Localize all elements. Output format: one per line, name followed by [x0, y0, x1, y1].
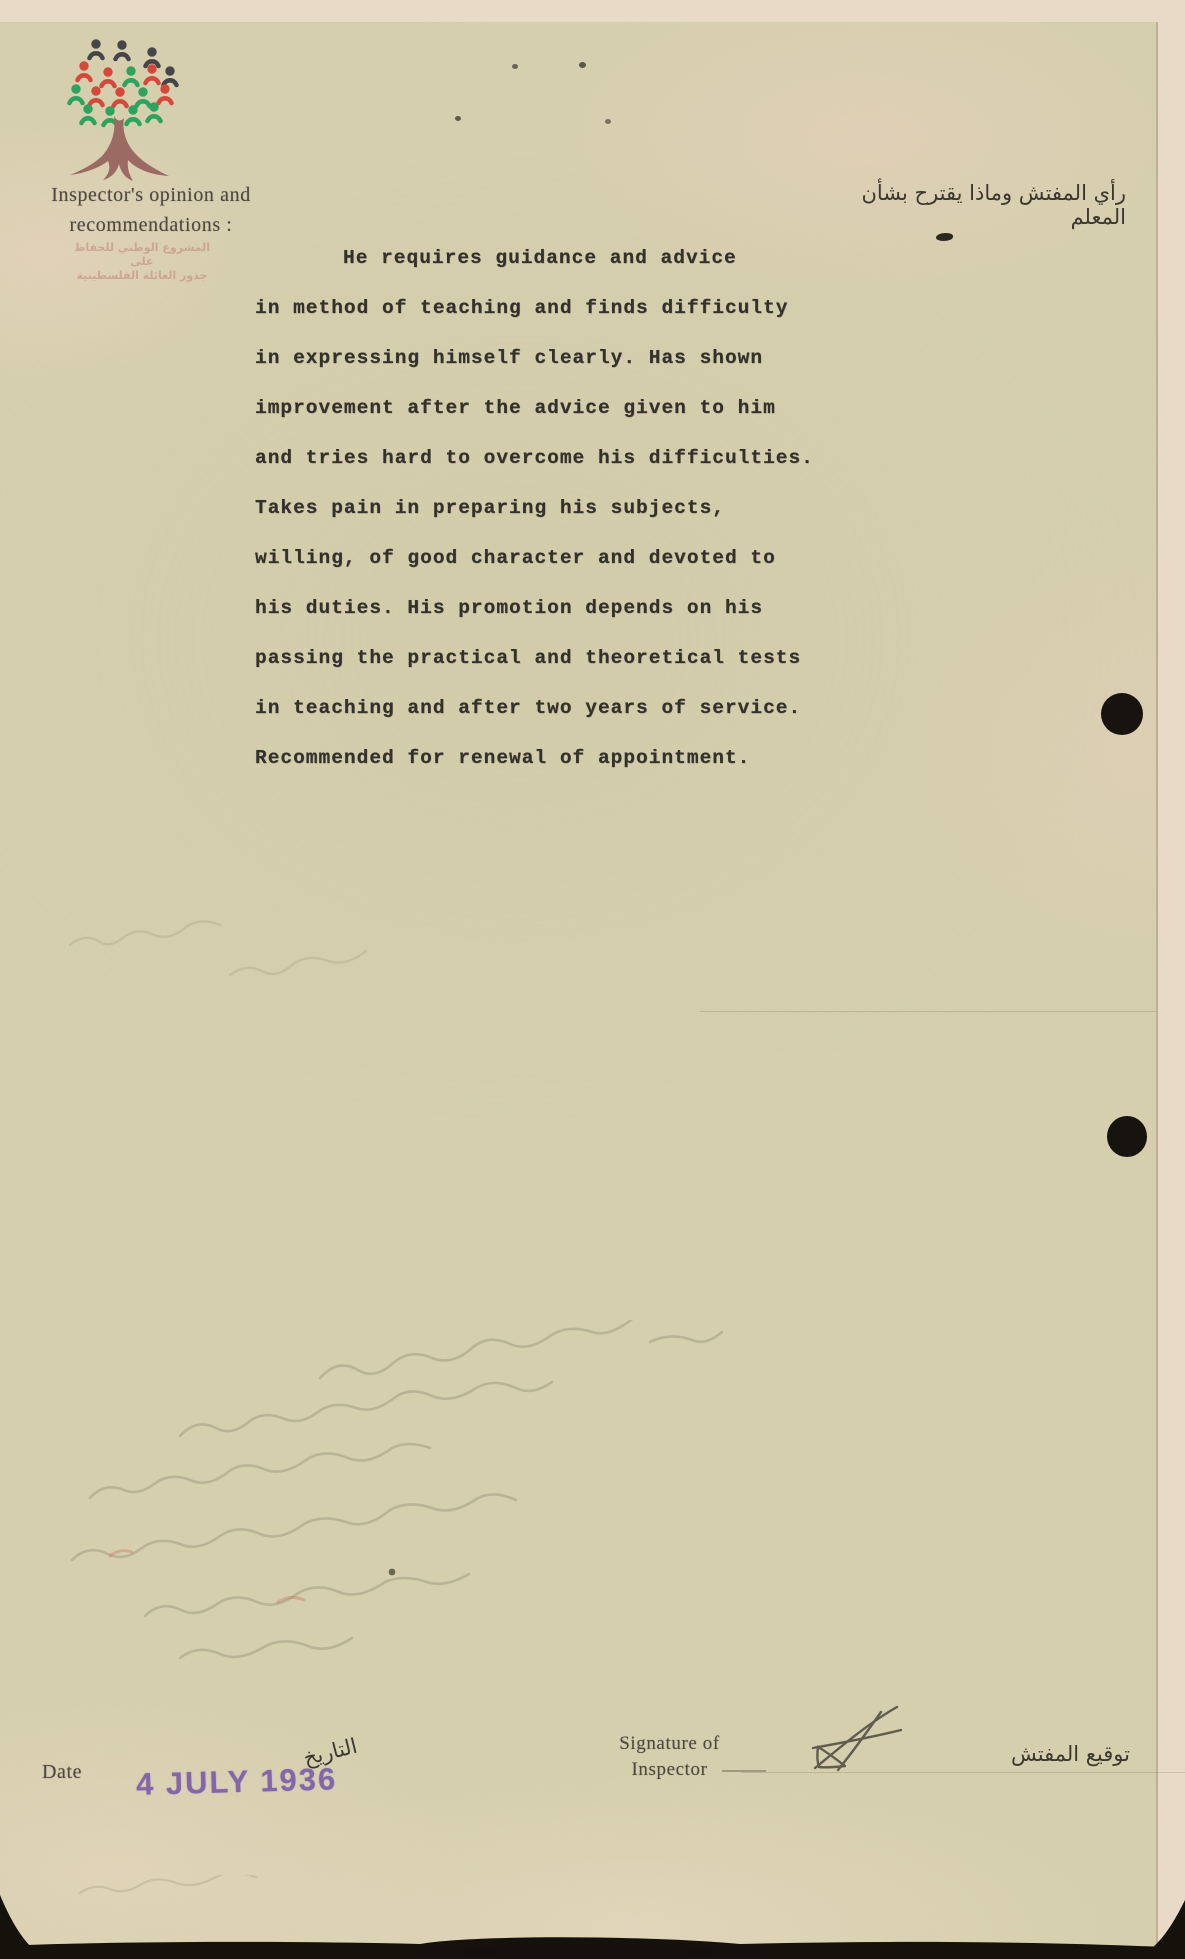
scan-bottom-edge — [0, 1880, 1185, 1959]
typed-line: and tries hard to overcome his difficult… — [255, 433, 830, 483]
archive-watermark: المشروع الوطني للحفاظ على جذور العائلة ا… — [62, 241, 222, 283]
inspector-opinion-label-line2: recommendations : — [40, 210, 262, 240]
tree-trunk — [70, 116, 169, 181]
ink-speck — [579, 62, 586, 68]
tree-canopy-people — [70, 40, 177, 125]
paper-crease — [700, 1011, 1156, 1012]
scanned-document-page: Inspector's opinion and recommendations … — [0, 0, 1185, 1959]
faint-handwriting-upper — [40, 905, 460, 1005]
typed-report-text: He requires guidance and advice in metho… — [255, 233, 830, 783]
typed-line: improvement after the advice given to hi… — [255, 383, 830, 433]
typed-line: willing, of good character and devoted t… — [255, 533, 830, 583]
archive-watermark-line2: جذور العائلة الفلسطينية — [62, 269, 222, 283]
typed-line: Takes pain in preparing his subjects, — [255, 483, 830, 533]
signature-rule — [722, 1770, 766, 1772]
handwritten-signature-mark — [805, 1698, 910, 1783]
typed-line: in expressing himself clearly. Has shown — [255, 333, 830, 383]
arabic-heading: رأي المفتش وماذا يقترح بشأن المعلم — [838, 181, 1126, 229]
signature-label: Signature of Inspector — [592, 1731, 747, 1783]
date-label: Date — [42, 1761, 82, 1784]
ink-speck — [605, 119, 611, 124]
typed-line: He requires guidance and advice — [255, 233, 830, 283]
ink-speck — [455, 116, 461, 121]
family-tree-logo-icon — [58, 28, 188, 188]
typed-line: in teaching and after two years of servi… — [255, 683, 830, 733]
signature-label-arabic: توقيع المفتش — [995, 1742, 1130, 1766]
typed-line: in method of teaching and finds difficul… — [255, 283, 830, 333]
signature-label-line1: Signature of — [592, 1731, 747, 1757]
archive-watermark-line1: المشروع الوطني للحفاظ على — [62, 241, 222, 269]
inspector-opinion-label: Inspector's opinion and recommendations … — [40, 180, 262, 240]
typed-line: Recommended for renewal of appointment. — [255, 733, 830, 783]
faint-handwriting-block — [30, 1320, 770, 1680]
inspector-opinion-label-line1: Inspector's opinion and — [40, 180, 262, 210]
typed-line: passing the practical and theoretical te… — [255, 633, 830, 683]
hole-punch-dot — [1101, 693, 1143, 735]
typed-line: his duties. His promotion depends on his — [255, 583, 830, 633]
hole-punch-dot — [1107, 1116, 1147, 1157]
ink-speck — [512, 64, 518, 69]
